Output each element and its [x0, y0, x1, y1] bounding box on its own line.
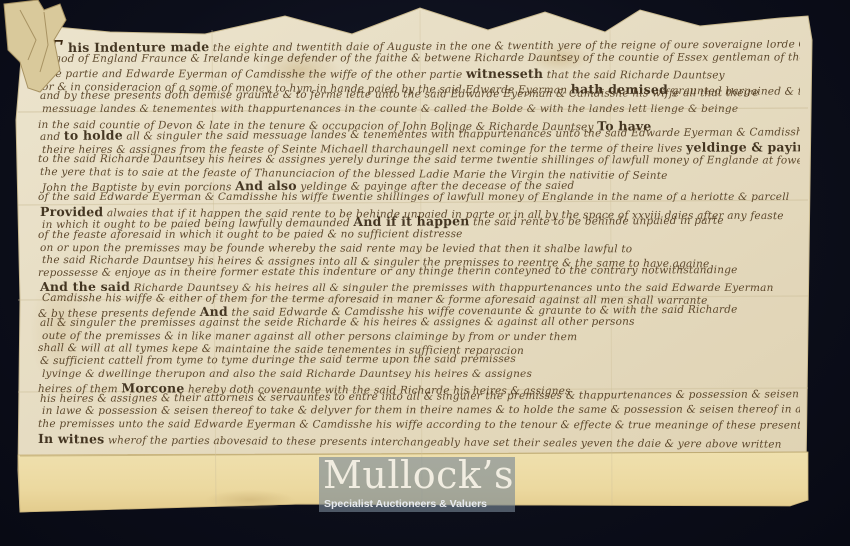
watermark-subtitle: Specialist Auctioneers & Valuers — [324, 498, 487, 510]
auction-watermark: Mullock’s Specialist Auctioneers & Value… — [319, 457, 515, 512]
script-line: messuage landes & tenementes with thappu… — [42, 103, 738, 115]
flourish-word: In witnes — [38, 431, 104, 446]
script-line: in which it ought to be paied being lawf… — [42, 212, 724, 228]
script-line: of god of England Fraunce & Irelande kin… — [40, 51, 800, 65]
handwritten-text-block: his Indenture made the eighte and twenti… — [38, 40, 800, 460]
script-line: all & singuler the premisses against the… — [40, 316, 635, 329]
script-line: one partie and Edwarde Eyerman of Camdis… — [42, 65, 725, 78]
flourish-word: witnesseth — [466, 66, 543, 81]
script-line: of the feaste aforesaid in which it ough… — [38, 228, 463, 241]
script-line: on or upon the premisses may be founde w… — [40, 242, 632, 255]
seal-tag — [0, 0, 70, 95]
script-line: repossesse & enjoye as in theire former … — [38, 264, 738, 279]
watermark-title: Mullock’s — [323, 453, 514, 497]
flourish-word: yeldinge & payinge — [686, 139, 800, 154]
flourish-word: And if it happen — [353, 214, 469, 230]
script-line: And the said Richarde Dauntsey & his hei… — [40, 279, 774, 291]
parchment-document: T his Indenture made the eighte and twen… — [0, 0, 850, 546]
script-line: lyvinge & dwellinge therupon and also th… — [42, 368, 532, 380]
script-line: his Indenture made the eighte and twenti… — [68, 40, 800, 52]
script-line: and by these presents doth demise graunt… — [40, 87, 759, 102]
script-line: John the Baptiste by evin porcions And a… — [42, 176, 574, 190]
script-line: to the said Richarde Dauntsey his heires… — [38, 153, 800, 167]
script-line: of the said Edwarde Eyerman & Camdisshe … — [38, 191, 789, 203]
script-line: theire heires & assignes from the feaste… — [42, 139, 800, 153]
script-line: oute of the premisses & in like maner ag… — [42, 330, 577, 343]
script-line: & sufficient cattell from tyme to tyme d… — [40, 353, 516, 367]
script-line: the premisses unto the said Edwarde Eyer… — [38, 418, 800, 432]
script-line: in lawe & possession & seisen thereof to… — [42, 404, 800, 418]
script-line: In witnes wherof the parties abovesaid t… — [38, 431, 782, 448]
